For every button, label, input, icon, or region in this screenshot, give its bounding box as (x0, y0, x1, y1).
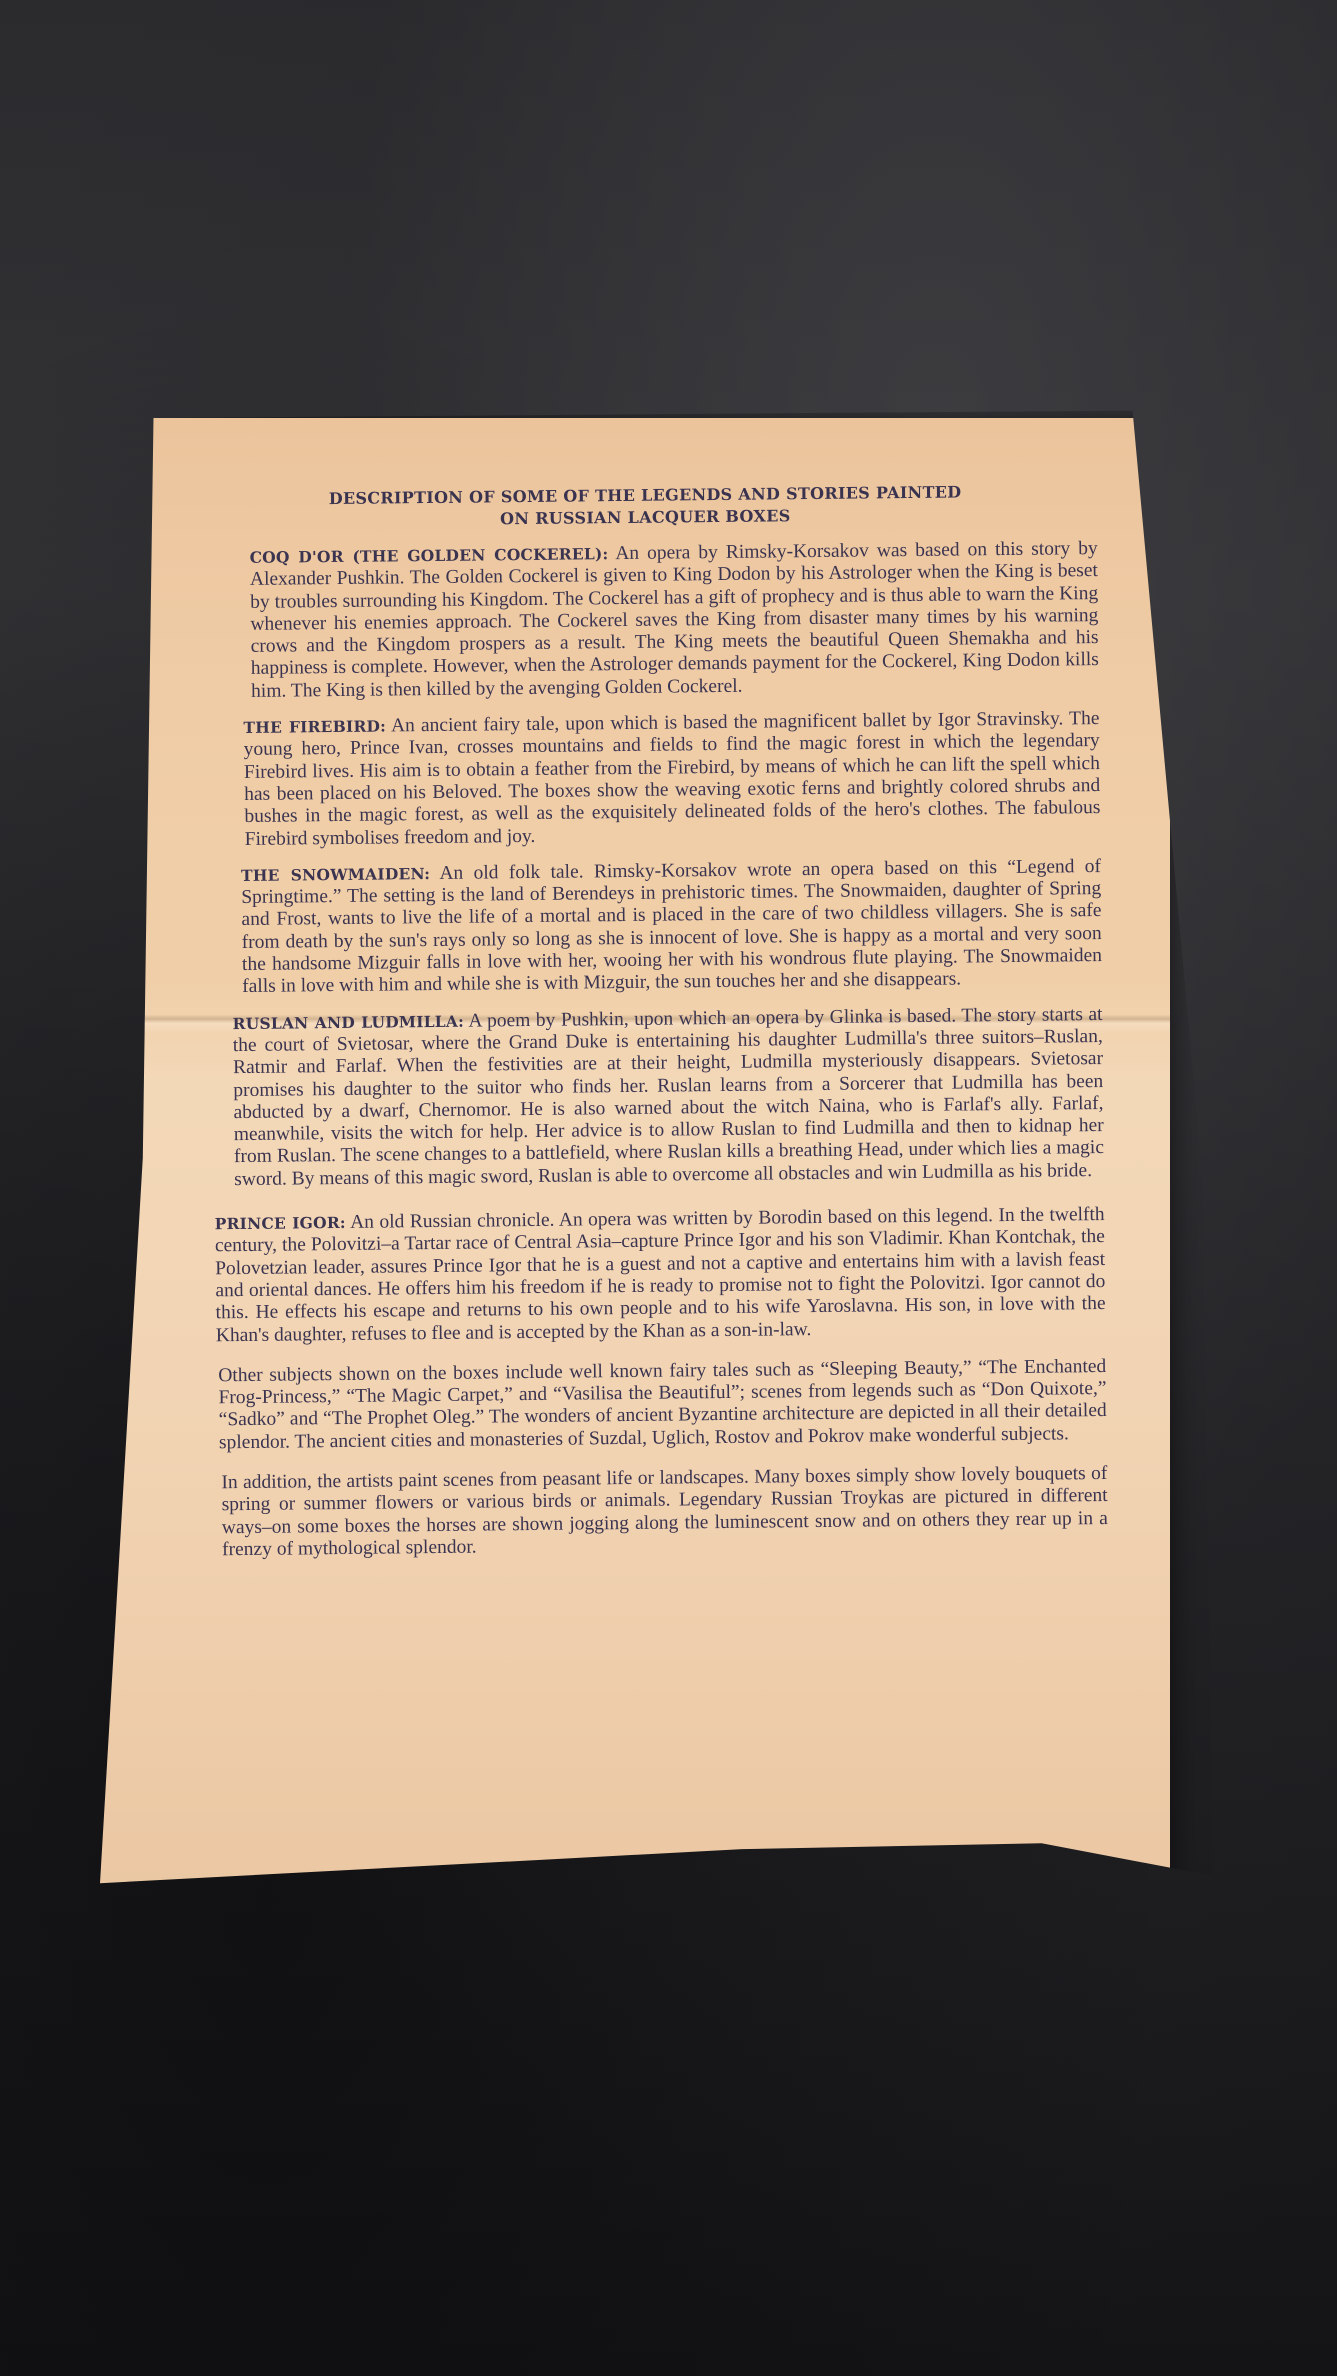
section-heading: RUSLAN AND LUDMILLA: (232, 1011, 464, 1032)
section-text: An old Russian chronicle. An opera was w… (215, 1204, 1106, 1346)
section-ruslan-ludmilla: RUSLAN AND LUDMILLA: A poem by Pushkin, … (150, 1003, 1132, 1192)
document-body: DESCRIPTION OF SOME OF THE LEGENDS AND S… (145, 480, 1136, 1576)
section-heading: THE FIREBIRD: (243, 717, 386, 737)
section-other-subjects: Other subjects shown on the boxes includ… (154, 1355, 1135, 1454)
section-prince-igor: PRINCE IGOR: An old Russian chronicle. A… (153, 1204, 1134, 1348)
section-golden-cockerel: COQ D'OR (THE GOLDEN COCKEREL): An opera… (146, 538, 1128, 704)
section-heading: PRINCE IGOR: (215, 1213, 346, 1233)
section-firebird: THE FIREBIRD: An ancient fairy tale, upo… (147, 708, 1128, 852)
section-snowmaiden: THE SNOWMAIDEN: An old folk tale. Rimsky… (149, 856, 1130, 1000)
section-in-addition: In addition, the artists paint scenes fr… (155, 1463, 1136, 1562)
document-title: DESCRIPTION OF SOME OF THE LEGENDS AND S… (145, 480, 1125, 534)
section-text: Other subjects shown on the boxes includ… (218, 1356, 1107, 1453)
section-heading: COQ D'OR (THE GOLDEN COCKEREL): (250, 544, 609, 567)
section-text: In addition, the artists paint scenes fr… (221, 1463, 1108, 1560)
section-heading: THE SNOWMAIDEN: (241, 864, 430, 885)
